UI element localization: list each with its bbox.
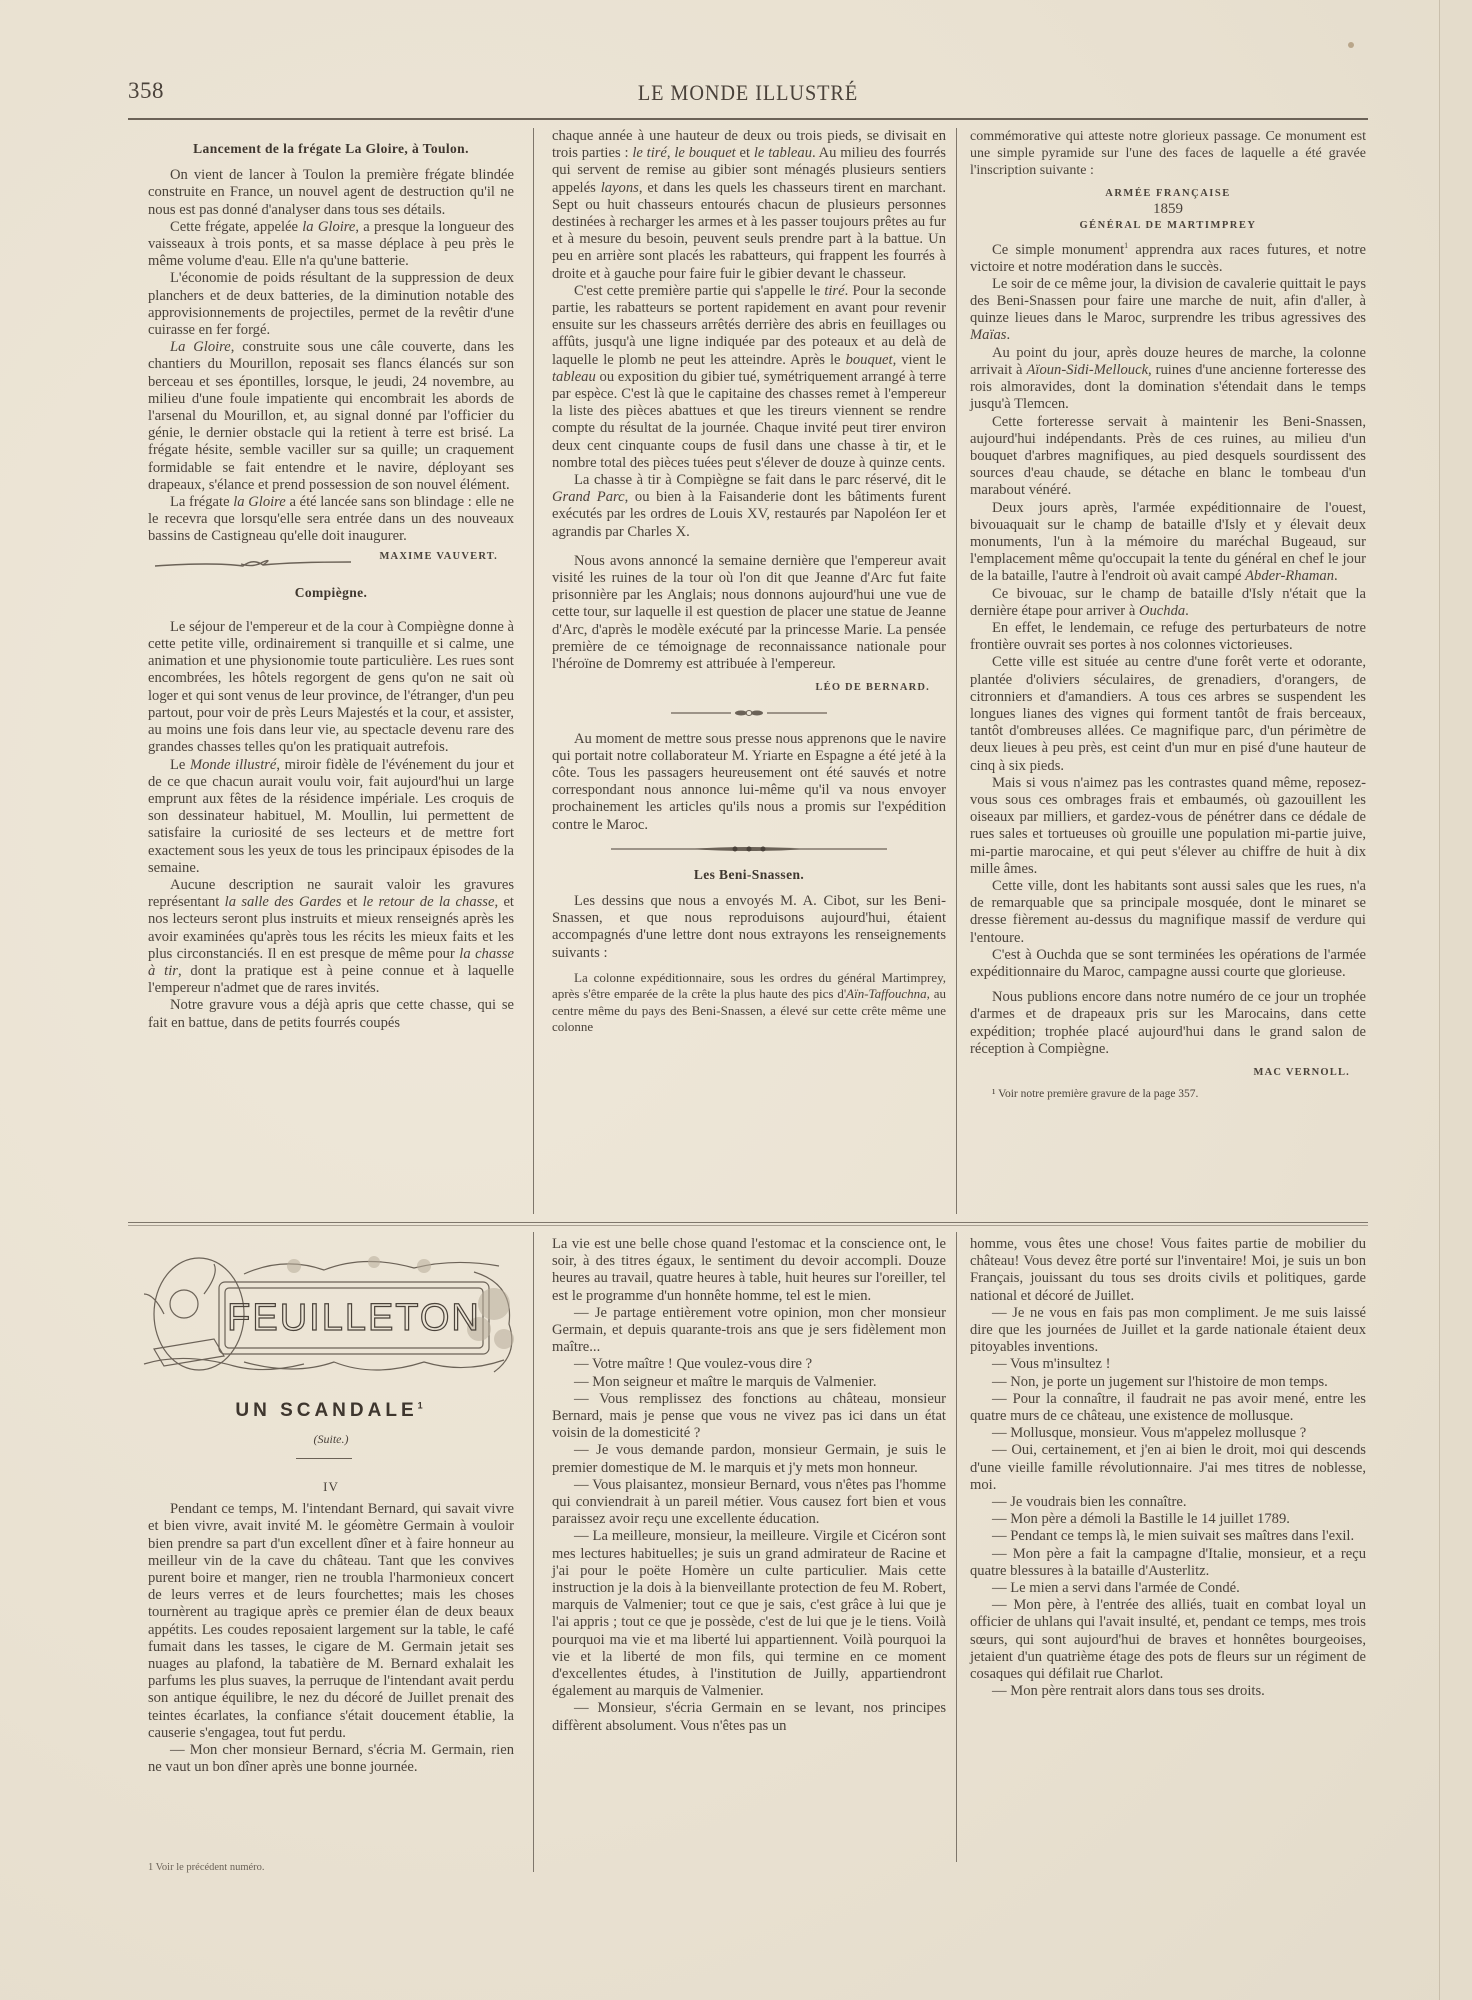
paragraph: — Vous remplissez des fonctions au châte…	[552, 1391, 946, 1443]
paragraph: Au point du jour, après douze heures de …	[970, 345, 1366, 414]
page-number: 358	[128, 78, 164, 104]
paragraph: Ce bivouac, sur le champ de bataille d'I…	[970, 586, 1366, 620]
paragraph: — Vous plaisantez, monsieur Bernard, vou…	[552, 1477, 946, 1529]
masthead: LE MONDE ILLUSTRÉ	[178, 80, 1319, 106]
paragraph: homme, vous êtes une chose! Vous faites …	[970, 1236, 1366, 1305]
feuilleton-label: FEUILLETON	[227, 1297, 481, 1339]
feuilleton-separator	[128, 1222, 1368, 1223]
paragraph: — Mon père rentrait alors dans tous ses …	[970, 1683, 1366, 1700]
paragraph: L'économie de poids résultant de la supp…	[148, 270, 514, 339]
paragraph: — Mollusque, monsieur. Vous m'appelez mo…	[970, 1425, 1366, 1442]
article-beni-snassen: Les Beni-Snassen. Les dessins que nous a…	[552, 866, 946, 1036]
paragraph: Mais si vous n'aimez pas les contrastes …	[970, 775, 1366, 878]
paragraph: Cette ville, dont les habitants sont aus…	[970, 878, 1366, 947]
column-divider	[956, 128, 957, 1214]
paragraph: — La meilleure, monsieur, la meilleure. …	[552, 1528, 946, 1700]
paragraph: Nous publions encore dans notre numéro d…	[970, 989, 1366, 1058]
paragraph: — Mon seigneur et maître le marquis de V…	[552, 1374, 946, 1391]
paragraph: Le soir de ce même jour, la division de …	[970, 276, 1366, 345]
paragraph: La vie est une belle chose quand l'estom…	[552, 1236, 946, 1305]
paragraph: La Gloire, construite sous une câle couv…	[148, 339, 514, 494]
paragraph: — Je partage entièrement votre opinion, …	[552, 1305, 946, 1357]
paragraph: Notre gravure vous a déjà apris que cett…	[148, 997, 514, 1031]
paragraph: Pendant ce temps, M. l'intendant Bernard…	[148, 1501, 514, 1742]
article-gloire: Lancement de la frégate La Gloire, à Tou…	[148, 140, 514, 546]
paragraph: La chasse à tir à Compiègne se fait dans…	[552, 472, 946, 541]
ornament-divider-icon	[153, 556, 353, 572]
paragraph: — Le mien a servi dans l'armée de Condé.	[970, 1580, 1366, 1597]
chapter-number: IV	[148, 1478, 514, 1495]
paragraph: Cette frégate, appelée la Gloire, a pres…	[148, 219, 514, 271]
newspaper-page: 358 LE MONDE ILLUSTRÉ Lancement de la fr…	[0, 0, 1472, 2000]
column-divider	[533, 1232, 534, 1872]
author-signature: MAC VERNOLL.	[970, 1064, 1366, 1081]
column-3: commémorative qui atteste notre glorieux…	[970, 128, 1366, 1101]
paragraph: Cette ville est située au centre d'une f…	[970, 654, 1366, 774]
paragraph: — Je voudrais bien les connaître.	[970, 1494, 1366, 1511]
paragraph: C'est cette première partie qui s'appell…	[552, 283, 946, 472]
footnote: ¹ Voir notre première gravure de la page…	[970, 1087, 1366, 1101]
column-divider	[956, 1232, 957, 1862]
paragraph: chaque année à une hauteur de deux ou tr…	[552, 128, 946, 283]
inscription-line: GÉNÉRAL DE MARTIMPREY	[970, 218, 1366, 233]
article-title: Les Beni-Snassen.	[552, 866, 946, 883]
paragraph: — Mon père a démoli la Bastille le 14 ju…	[970, 1511, 1366, 1528]
paragraph: — Mon père a fait la campagne d'Italie, …	[970, 1546, 1366, 1580]
feuilleton-column-2: La vie est une belle chose quand l'estom…	[552, 1236, 946, 1735]
paragraph: — Mon cher monsieur Bernard, s'écria M. …	[148, 1742, 514, 1776]
paragraph: Nous avons annoncé la semaine dernière q…	[552, 553, 946, 673]
page-header: 358 LE MONDE ILLUSTRÉ	[128, 78, 1368, 118]
author-signature: LÉO DE BERNARD.	[552, 679, 946, 696]
paragraph: — Oui, certainement, et j'en ai bien le …	[970, 1442, 1366, 1494]
paragraph: — Pendant ce temps là, le mien suivait s…	[970, 1528, 1366, 1545]
paragraph: — Non, je porte un jugement sur l'histoi…	[970, 1374, 1366, 1391]
article-compiegne: Compiègne. Le séjour de l'empereur et de…	[148, 584, 514, 1032]
novel-subtitle: (Suite.)	[148, 1432, 514, 1447]
footnote: 1 Voir le précédent numéro.	[148, 1862, 265, 1873]
paragraph: C'est à Ouchda que se sont terminées les…	[970, 947, 1366, 981]
paragraph: Ce simple monument1 apprendra aux races …	[970, 237, 1366, 276]
inscription-year: 1859	[970, 201, 1366, 218]
paragraph: — Mon père, à l'entrée des alliés, tuait…	[970, 1597, 1366, 1683]
paragraph: Le séjour de l'empereur et de la cour à …	[148, 619, 514, 757]
column-1: Lancement de la frégate La Gloire, à Tou…	[148, 140, 514, 1032]
header-rule	[128, 118, 1368, 120]
column-2: chaque année à une hauteur de deux ou tr…	[552, 128, 946, 1036]
ornament-divider-icon	[669, 707, 829, 719]
paragraph: — Monsieur, s'écria Germain en se levant…	[552, 1700, 946, 1734]
paragraph: — Pour la connaître, il faudrait ne pas …	[970, 1391, 1366, 1425]
inscription-line: ARMÉE FRANÇAISE	[970, 186, 1366, 201]
paragraph: La frégate la Gloire a été lancée sans s…	[148, 494, 514, 546]
feuilleton-column-3: homme, vous êtes une chose! Vous faites …	[970, 1236, 1366, 1700]
paragraph: Aucune description ne saurait valoir les…	[148, 877, 514, 997]
paragraph: — Vous m'insultez !	[970, 1356, 1366, 1373]
paper-speck	[1348, 42, 1354, 48]
author-signature: MAXIME VAUVERT.	[357, 548, 514, 565]
paragraph: En effet, le lendemain, ce refuge des pe…	[970, 620, 1366, 654]
article-title: Lancement de la frégate La Gloire, à Tou…	[148, 140, 514, 157]
quoted-letter: La colonne expéditionnaire, sous les ord…	[552, 970, 946, 1036]
adjacent-page-edge	[1439, 0, 1472, 2000]
paragraph: — Votre maître ! Que voulez-vous dire ?	[552, 1356, 946, 1373]
title-rule	[296, 1458, 352, 1459]
paragraph: Les dessins que nous a envoyés M. A. Cib…	[552, 893, 946, 962]
paragraph: — Je ne vous en fais pas mon compliment.…	[970, 1305, 1366, 1357]
column-divider	[533, 128, 534, 1214]
feuilleton-separator	[128, 1225, 1368, 1226]
novel-title: UN SCANDALE1	[148, 1400, 514, 1422]
paragraph: Au moment de mettre sous presse nous app…	[552, 731, 946, 834]
paragraph: Deux jours après, l'armée expéditionnair…	[970, 500, 1366, 586]
paragraph: — Je vous demande pardon, monsieur Germa…	[552, 1442, 946, 1476]
feuilleton-column-1: IV Pendant ce temps, M. l'intendant Bern…	[148, 1478, 514, 1776]
feuilleton-banner-illustration: FEUILLETON	[124, 1244, 524, 1384]
paragraph: Le Monde illustré, miroir fidèle de l'év…	[148, 757, 514, 877]
ornament-divider-icon	[609, 844, 889, 854]
paragraph: Cette forteresse servait à maintenir les…	[970, 414, 1366, 500]
article-title: Compiègne.	[148, 584, 514, 601]
paragraph: On vient de lancer à Toulon la première …	[148, 167, 514, 219]
paragraph: commémorative qui atteste notre glorieux…	[970, 128, 1366, 180]
